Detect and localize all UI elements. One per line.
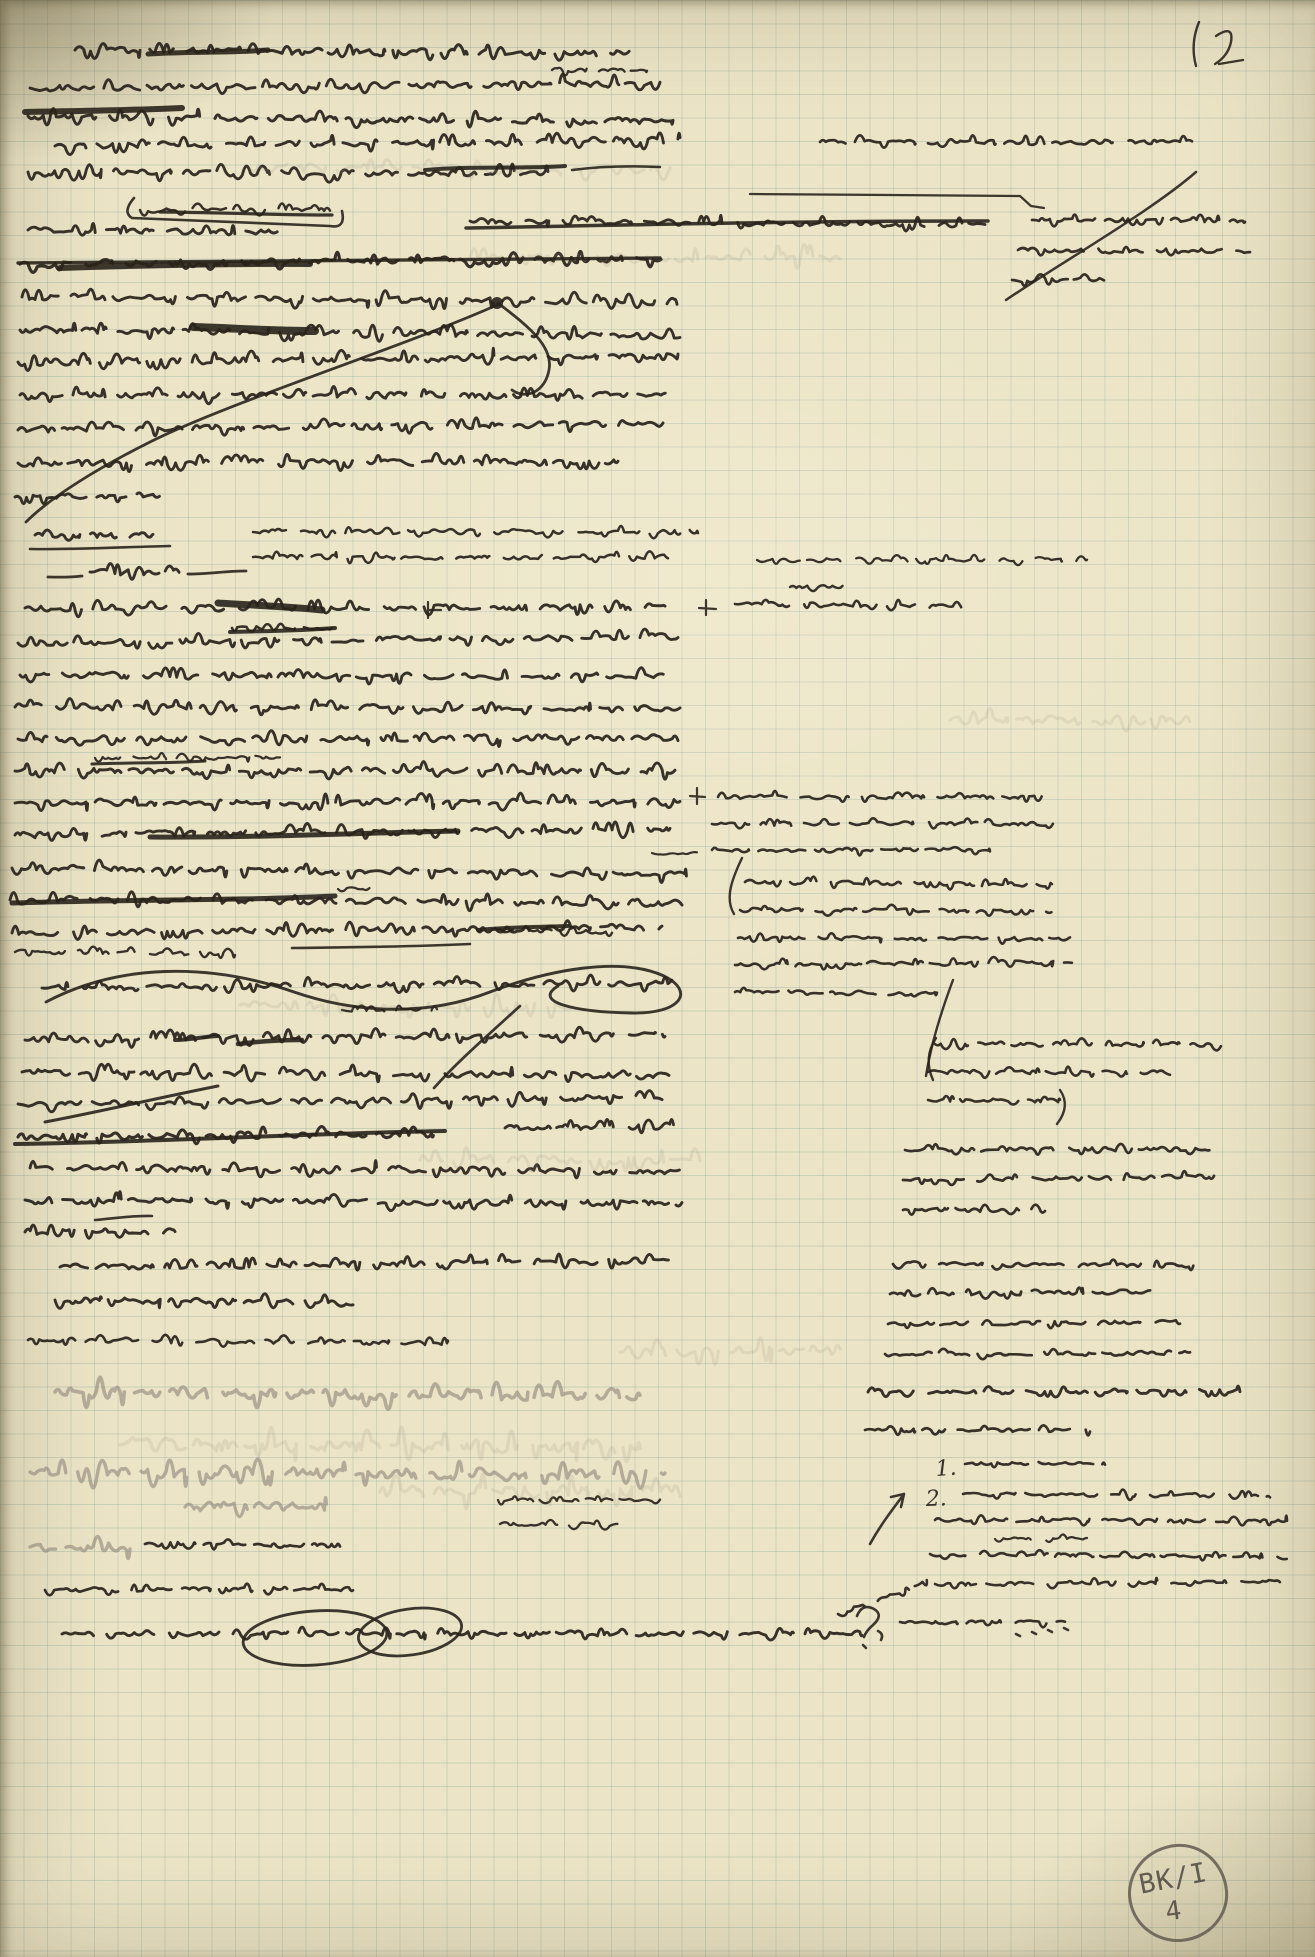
ink-handwriting-line (552, 68, 647, 76)
ink-handwriting-line (868, 1386, 1240, 1397)
ink-handwriting-line (28, 1335, 448, 1347)
ink-handwriting-line (885, 1349, 1190, 1359)
ink-handwriting-line (150, 948, 235, 957)
list-marker: 2. (924, 1486, 947, 1512)
ink-handwriting-line (735, 988, 937, 996)
ink-handwriting-line (712, 818, 1053, 828)
strikethrough-stroke (95, 1216, 152, 1220)
strikethrough-stroke (238, 1040, 302, 1044)
ink-handwriting-line (930, 1550, 1287, 1560)
ink-handwriting-line (903, 1205, 1045, 1215)
ink-handwriting-line (22, 1064, 669, 1081)
ink-handwriting-line (900, 1620, 1065, 1627)
ink-handwriting-line (18, 629, 678, 648)
ink-handwriting-line (745, 877, 1052, 890)
ink-handwriting-line (735, 600, 961, 610)
strikethrough-stroke (218, 603, 322, 610)
bleedthrough-mark (620, 1338, 840, 1365)
ink-handwriting-line (928, 1096, 1060, 1104)
ink-handwriting-line (30, 74, 660, 93)
ink-handwriting-line (28, 224, 277, 236)
editing-mark (690, 788, 705, 804)
ink-handwriting-line (1012, 274, 1104, 286)
editing-mark (750, 194, 1044, 208)
stamp-shelfmark: BK/I (1136, 1857, 1210, 1901)
pencil-handwriting-line (185, 1498, 326, 1517)
ink-handwriting-line (22, 289, 677, 309)
ink-handwriting-line (253, 526, 698, 538)
ink-handwriting-line (790, 585, 843, 591)
strikethrough-stroke (60, 264, 310, 268)
ink-handwriting-line (20, 387, 665, 404)
strikethrough-stroke (25, 108, 182, 112)
ink-handwriting-line (500, 1520, 617, 1530)
strikethrough-stroke (148, 50, 268, 54)
strikethrough-stroke (15, 1131, 445, 1144)
ink-handwriting-line (20, 323, 680, 341)
ink-handwriting-line (145, 1539, 340, 1549)
strikethrough-stroke (193, 327, 315, 331)
ink-handwriting-line (35, 530, 153, 540)
ink-handwriting-line (15, 793, 680, 810)
editing-mark (1016, 1628, 1068, 1636)
ink-handwriting-line (935, 1038, 1221, 1050)
ink-handwriting-line (90, 564, 179, 580)
ink-handwriting-line (965, 1462, 1105, 1467)
stamp-page-number: 4 (1164, 1896, 1184, 1928)
editing-mark (870, 1494, 904, 1544)
editing-mark (498, 303, 550, 394)
editing-mark (730, 858, 742, 914)
bleedthrough-mark (120, 1427, 640, 1461)
editing-mark (857, 1607, 882, 1648)
ink-handwriting-line (1018, 247, 1250, 255)
pencil-handwriting-line (30, 1537, 130, 1559)
ink-handwriting-line (652, 852, 697, 854)
ink-handwriting-line (890, 1288, 1150, 1299)
ink-handwriting-line (15, 493, 159, 504)
strikethrough-stroke (160, 212, 332, 215)
ink-handwriting-line (740, 905, 1051, 916)
editing-mark (699, 600, 716, 615)
ink-handwriting-line (718, 791, 1042, 802)
ink-handwriting-line (905, 1144, 1209, 1155)
ink-handwriting-line (757, 555, 1087, 565)
ink-handwriting-line (738, 933, 1070, 943)
editing-mark (26, 305, 497, 522)
strikethrough-stroke (92, 761, 205, 764)
ink-handwriting-line (20, 668, 663, 684)
ink-handwriting-line (25, 1225, 175, 1238)
strikethrough-stroke (48, 576, 82, 577)
ink-handwriting-line (45, 1584, 353, 1596)
editing-mark (1215, 31, 1243, 64)
ink-handwriting-line (963, 1490, 1270, 1500)
editing-mark (1194, 22, 1199, 66)
ink-handwriting-line (18, 348, 678, 370)
ink-handwriting-line (95, 753, 280, 762)
bleedthrough-mark (950, 708, 1190, 731)
ink-handwriting-line (15, 947, 135, 956)
ink-handwriting-line (338, 887, 370, 891)
editing-mark (1006, 172, 1196, 300)
ink-handwriting-line (893, 1260, 1193, 1270)
handwriting-layer: 1.2. (0, 0, 1315, 1957)
ink-handwriting-line (25, 1192, 682, 1211)
ink-handwriting-line (15, 822, 670, 840)
ink-handwriting-line (25, 599, 665, 617)
ink-handwriting-line (888, 1320, 1180, 1328)
ink-handwriting-line (55, 133, 680, 155)
ink-handwriting-line (12, 860, 686, 882)
ink-handwriting-line (928, 1067, 1170, 1078)
ink-handwriting-line (42, 975, 672, 992)
ink-handwriting-line (15, 699, 680, 715)
ink-handwriting-line (253, 551, 668, 563)
editing-mark (1057, 1090, 1065, 1124)
ink-handwriting-line (995, 1534, 1087, 1541)
ink-handwriting-line (18, 453, 618, 471)
ink-handwriting-line (837, 1580, 929, 1619)
circled-words-loop (241, 1606, 388, 1670)
ink-handwriting-line (18, 731, 678, 747)
ink-handwriting-line (735, 957, 1072, 969)
ink-handwriting-line (903, 1171, 1214, 1185)
strikethrough-stroke (30, 546, 170, 549)
pencil-handwriting-line (55, 1377, 640, 1409)
strikethrough-stroke (572, 166, 660, 170)
ink-handwriting-line (55, 1294, 353, 1309)
ink-handwriting-line (18, 418, 663, 436)
ink-handwriting-line (1032, 215, 1245, 227)
strikethrough-stroke (292, 944, 470, 948)
manuscript-page: 1.2. BK/I 4 (0, 0, 1315, 1957)
ink-handwriting-line (712, 847, 990, 855)
strikethrough-stroke (188, 571, 246, 574)
ink-handwriting-line (935, 1515, 1287, 1525)
strikethrough-stroke (230, 628, 335, 632)
ink-handwriting-line (505, 1119, 674, 1132)
ink-handwriting-line (25, 1027, 665, 1047)
ink-handwriting-line (30, 1161, 679, 1178)
list-marker: 1. (935, 1456, 958, 1482)
strikethrough-stroke (12, 896, 335, 903)
ink-handwriting-line (865, 1425, 1090, 1435)
ink-handwriting-line (935, 1578, 1280, 1588)
ink-handwriting-line (820, 135, 1192, 147)
ink-handwriting-line (60, 1254, 668, 1270)
